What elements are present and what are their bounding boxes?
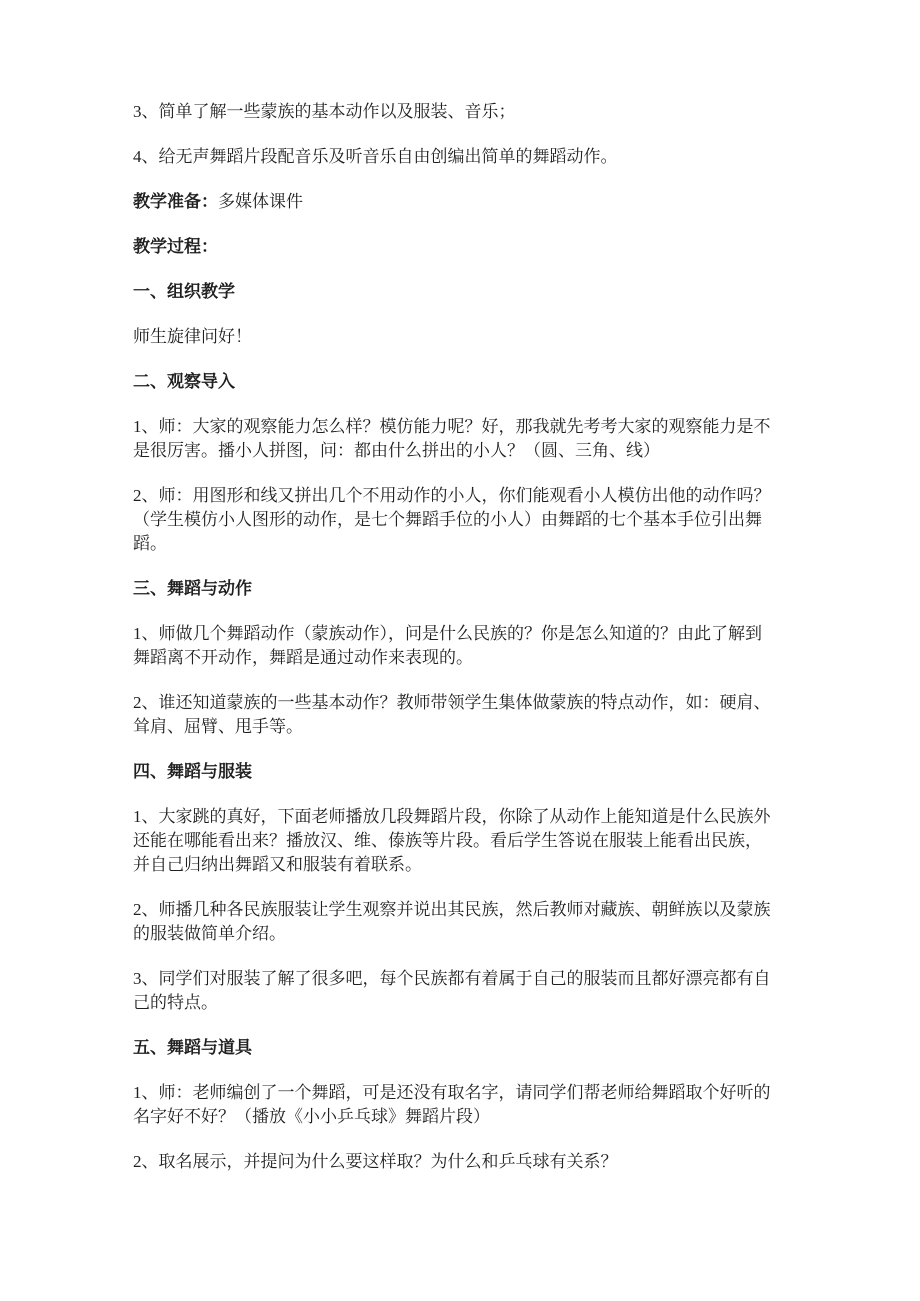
document-page: 3、简单了解一些蒙族的基本动作以及服装、音乐；4、给无声舞蹈片段配音乐及听音乐自… (0, 0, 920, 1301)
paragraph-label: 教学准备： (133, 192, 218, 211)
section-heading: 五、舞蹈与道具 (133, 1036, 773, 1060)
section-heading: 二、观察导入 (133, 370, 773, 394)
labeled-paragraph: 教学准备：多媒体课件 (133, 190, 773, 214)
body-paragraph: 师生旋律问好！ (133, 325, 773, 349)
section-heading: 三、舞蹈与动作 (133, 577, 773, 601)
body-paragraph: 1、大家跳的真好，下面老师播放几段舞蹈片段，你除了从动作上能知道是什么民族外还能… (133, 805, 773, 877)
body-paragraph: 2、取名展示，并提问为什么要这样取？为什么和乒乓球有关系？ (133, 1150, 773, 1174)
body-paragraph: 2、师播几种各民族服装让学生观察并说出其民族，然后教师对藏族、朝鲜族以及蒙族的服… (133, 898, 773, 946)
body-paragraph: 2、谁还知道蒙族的一些基本动作？教师带领学生集体做蒙族的特点动作，如：硬肩、耸肩… (133, 691, 773, 739)
section-heading: 一、组织教学 (133, 280, 773, 304)
body-paragraph: 1、师：老师编创了一个舞蹈，可是还没有取名字，请同学们帮老师给舞蹈取个好听的名字… (133, 1081, 773, 1129)
body-paragraph: 3、简单了解一些蒙族的基本动作以及服装、音乐； (133, 100, 773, 124)
body-paragraph: 3、同学们对服装了解了很多吧，每个民族都有着属于自己的服装而且都好漂亮都有自己的… (133, 967, 773, 1015)
section-heading: 教学过程： (133, 235, 773, 259)
body-paragraph: 2、师：用图形和线又拼出几个不用动作的小人，你们能观看小人模仿出他的动作吗？（学… (133, 484, 773, 556)
section-heading: 四、舞蹈与服装 (133, 760, 773, 784)
paragraph-text: 多媒体课件 (218, 192, 303, 211)
body-paragraph: 1、师：大家的观察能力怎么样？模仿能力呢？好，那我就先考考大家的观察能力是不是很… (133, 415, 773, 463)
body-paragraph: 4、给无声舞蹈片段配音乐及听音乐自由创编出简单的舞蹈动作。 (133, 145, 773, 169)
document-content: 3、简单了解一些蒙族的基本动作以及服装、音乐；4、给无声舞蹈片段配音乐及听音乐自… (133, 100, 773, 1195)
body-paragraph: 1、师做几个舞蹈动作（蒙族动作），问是什么民族的？你是怎么知道的？由此了解到舞蹈… (133, 622, 773, 670)
